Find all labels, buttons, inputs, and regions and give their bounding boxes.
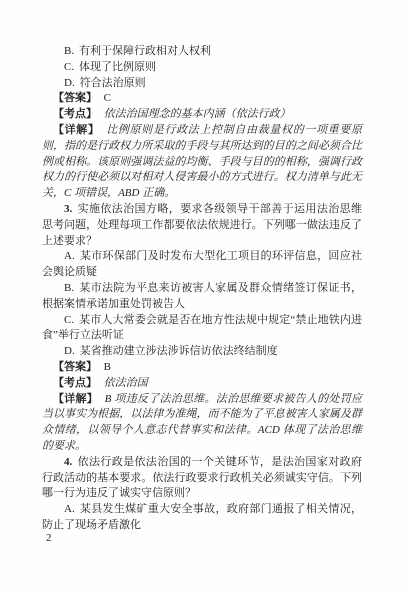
- option-label: A.: [64, 250, 75, 262]
- q3-answer-line: 【答案】B: [42, 360, 362, 376]
- question-text: 依法行政是依法治国的一个关键环节，是法治国家对政府行政活动的基本要求。依法行政要…: [42, 456, 362, 500]
- q2-option-c: C.体现了比例原则: [42, 60, 362, 76]
- option-label: B.: [64, 45, 74, 57]
- keypoint-label: 【考点】: [53, 108, 97, 120]
- q2-option-b: B.有利于保障行政相对人权利: [42, 44, 362, 60]
- q4-stem: 4.依法行政是依法治国的一个关键环节，是法治国家对政府行政活动的基本要求。依法行…: [42, 455, 362, 502]
- keypoint-text: 依法治国理念的基本内涵（依法行政）: [104, 108, 291, 120]
- answer-value: C: [104, 92, 111, 104]
- option-text: 某省推动建立涉法涉诉信访依法终结制度: [80, 345, 278, 357]
- option-label: A.: [64, 503, 75, 515]
- answer-label: 【答案】: [53, 92, 97, 104]
- option-text: 某市法院为平息来访被害人家属及群众情绪签订保证书，根据案情承诺加重处罚被告人: [42, 282, 362, 310]
- q2-answer-line: 【答案】C: [42, 91, 362, 107]
- q2-analysis-paragraph: 【详解】比例原则是行政法上控制自由裁量权的一项重要原则，指的是行政权力所采取的手…: [42, 123, 362, 202]
- option-label: C.: [64, 61, 74, 73]
- q3-option-a: A.某市环保部门及时发布大型化工项目的环评信息，回应社会舆论质疑: [42, 249, 362, 281]
- q3-keypoint-line: 【考点】依法治国: [42, 376, 362, 392]
- option-label: D.: [64, 345, 75, 357]
- question-text: 实施依法治国方略，要求各级领导干部善于运用法治思维思考问题，处理每项工作都要依法…: [42, 203, 362, 247]
- q3-option-c: C.某市人大常委会就是否在地方性法规中规定“禁止地铁内进食”举行立法听证: [42, 313, 362, 345]
- q2-option-d: D.符合法治原则: [42, 76, 362, 92]
- option-label: C.: [64, 314, 74, 326]
- option-label: B.: [64, 282, 74, 294]
- page-number: 2: [46, 531, 52, 547]
- option-text: 体现了比例原则: [79, 61, 156, 73]
- answer-value: B: [104, 361, 111, 373]
- option-text: 某市人大常委会就是否在地方性法规中规定“禁止地铁内进食”举行立法听证: [42, 314, 362, 342]
- option-text: 符合法治原则: [80, 77, 146, 89]
- q3-analysis-paragraph: 【详解】B 项违反了法治思维。法治思维要求被告人的处罚应当以事实为根据，以法律为…: [42, 392, 362, 455]
- option-label: D.: [64, 77, 75, 89]
- q3-stem: 3.实施依法治国方略，要求各级领导干部善于运用法治思维思考问题，处理每项工作都要…: [42, 202, 362, 249]
- q3-option-b: B.某市法院为平息来访被害人家属及群众情绪签订保证书，根据案情承诺加重处罚被告人: [42, 281, 362, 313]
- keypoint-label: 【考点】: [53, 377, 97, 389]
- option-text: 某县发生煤矿重大安全事故，政府部门通报了相关情况，防止了现场矛盾激化: [42, 503, 362, 531]
- question-number: 3.: [64, 203, 72, 215]
- question-number: 4.: [64, 456, 72, 468]
- option-text: 某市环保部门及时发布大型化工项目的环评信息，回应社会舆论质疑: [42, 250, 362, 278]
- keypoint-text: 依法治国: [104, 377, 148, 389]
- option-text: 有利于保障行政相对人权利: [79, 45, 211, 57]
- analysis-label: 【详解】: [53, 124, 100, 136]
- q4-option-a: A.某县发生煤矿重大安全事故，政府部门通报了相关情况，防止了现场矛盾激化: [42, 502, 362, 534]
- q3-option-d: D.某省推动建立涉法涉诉信访依法终结制度: [42, 344, 362, 360]
- document-page: B.有利于保障行政相对人权利 C.体现了比例原则 D.符合法治原则 【答案】C …: [0, 0, 411, 596]
- q2-keypoint-line: 【考点】依法治国理念的基本内涵（依法行政）: [42, 107, 362, 123]
- analysis-label: 【详解】: [53, 393, 98, 405]
- answer-label: 【答案】: [53, 361, 97, 373]
- page-content: B.有利于保障行政相对人权利 C.体现了比例原则 D.符合法治原则 【答案】C …: [42, 44, 362, 534]
